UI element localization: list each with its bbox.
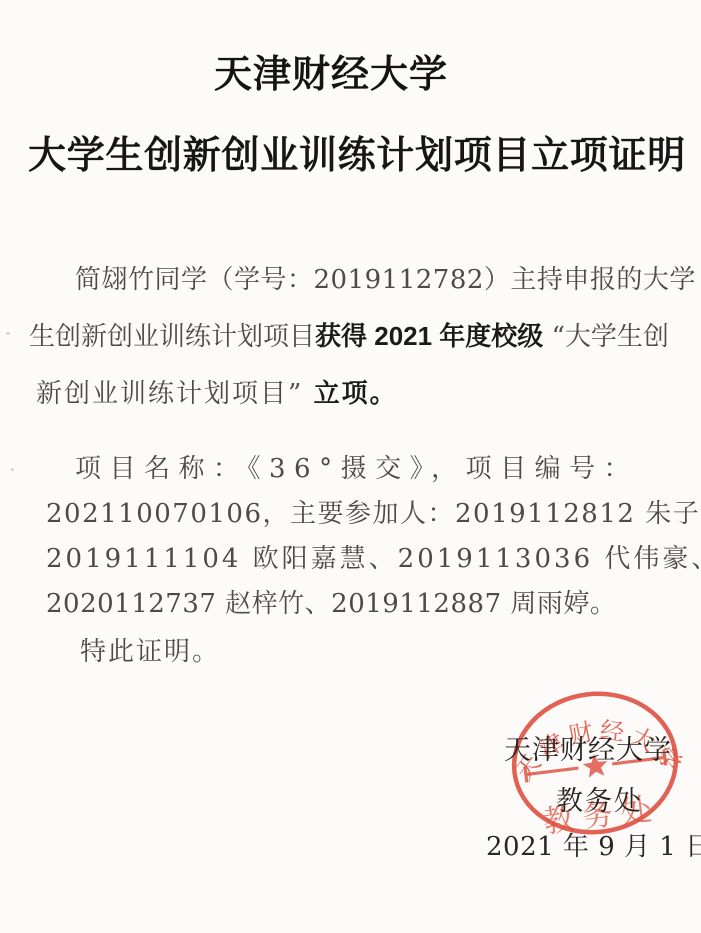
closing-statement: 特此证明。 xyxy=(80,638,220,668)
seal-graphic: 天津财经大学 教务处 xyxy=(498,678,698,858)
official-seal: 天津财经大学 教务处 xyxy=(498,678,698,858)
university-title: 天津财经大学 xyxy=(214,52,448,96)
paragraph1-line2-template: 生创新创业训练计划项目 xyxy=(29,322,315,352)
paragraph2-line1: 项目名称：《36°摄交》，项目编号： xyxy=(75,455,638,485)
paragraph1-line3-template: 新创业训练计划项目” xyxy=(36,379,314,409)
certificate-title: 大学生创新创业训练计划项目立项证明 xyxy=(28,133,686,177)
paragraph1-line3-filled: 立项。 xyxy=(314,378,398,408)
signature-date: 2021 年 9 月 1 日 xyxy=(486,833,701,863)
paragraph2-line4: 2020112737 赵梓竹、2019112887 周雨婷。 xyxy=(46,590,616,620)
paragraph1-line2: 生创新创业训练计划项目获得 2021 年度校级 “大学生创 xyxy=(29,322,669,353)
paragraph1-line2-tail: “大学生创 xyxy=(543,322,669,352)
scan-speck xyxy=(11,468,14,471)
paragraph1-line3: 新创业训练计划项目” 立项。 xyxy=(36,379,398,410)
paragraph2-line2: 202110070106，主要参加人：2019112812 朱子慧、 xyxy=(46,500,701,530)
paragraph1-line1: 简翃竹同学（学号：2019112782）主持申报的大学 xyxy=(75,266,696,296)
signature-department: 教务处 xyxy=(556,786,643,817)
paragraph1-line2-filled: 获得 2021 年度校级 xyxy=(315,321,543,351)
signature-university: 天津财经大学 xyxy=(504,735,672,766)
scan-speck xyxy=(6,332,10,335)
paragraph2-line3: 2019111104 欧阳嘉慧、2019113036 代伟豪、 xyxy=(46,545,701,575)
certificate-page: 天津财经大学 大学生创新创业训练计划项目立项证明 简翃竹同学（学号：201911… xyxy=(0,0,701,933)
